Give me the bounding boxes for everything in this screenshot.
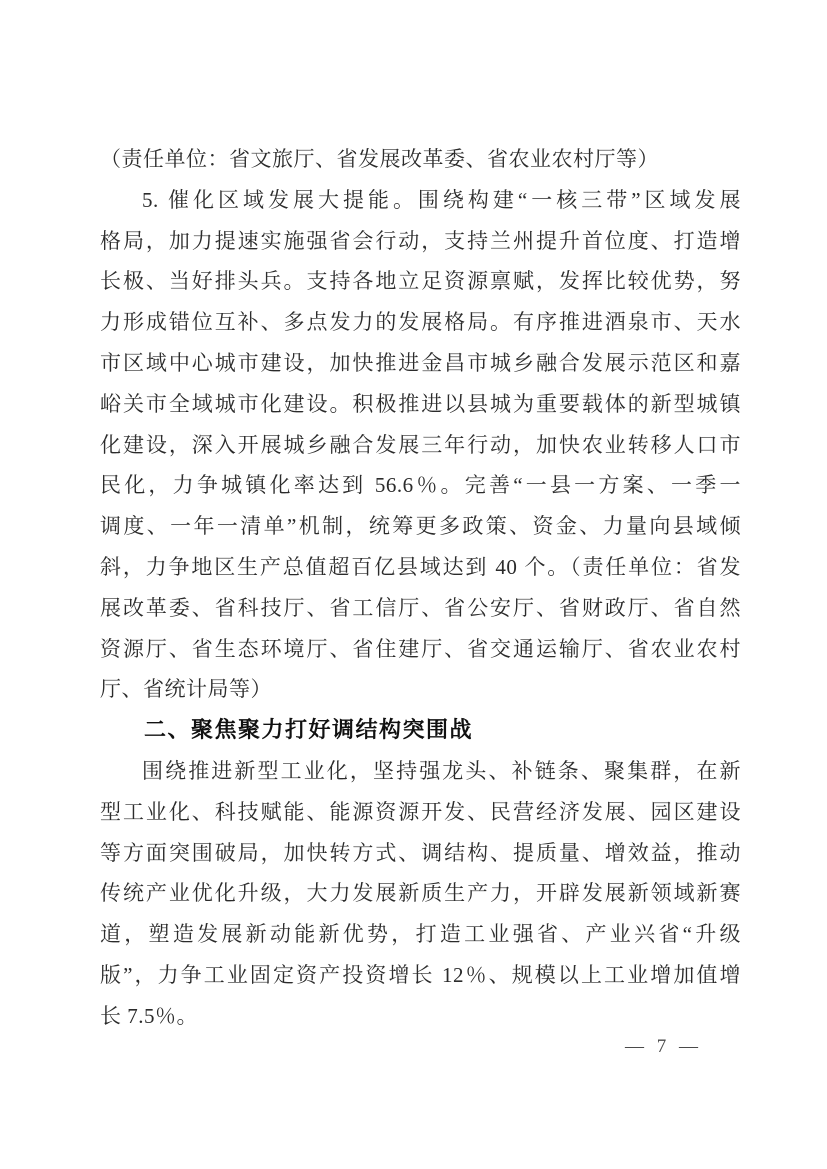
text-line: 格局，加力提速实施强省会行动，支持兰州提升首位度、打造增 (100, 221, 741, 262)
text-line: 斜，力争地区生产总值超百亿县域达到 40 个。（责任单位：省发 (100, 547, 741, 588)
text-line: 化建设，深入开展城乡融合发展三年行动，加快农业转移人口市 (100, 425, 741, 466)
text-line: （责任单位：省文旅厅、省发展改革委、省农业农村厅等） (100, 139, 741, 180)
text-line: 长极、当好排头兵。支持各地立足资源禀赋，发挥比较优势，努 (100, 261, 741, 302)
document-page: （责任单位：省文旅厅、省发展改革委、省农业农村厅等）5. 催化区域发展大提能。围… (0, 0, 827, 1169)
page-number: — 7 — (625, 1036, 702, 1057)
text-line: 型工业化、科技赋能、能源资源开发、民营经济发展、园区建设 (100, 792, 741, 833)
text-line: 展改革委、省科技厅、省工信厅、省公安厅、省财政厅、省自然 (100, 588, 741, 629)
text-line: 市区域中心城市建设，加快推进金昌市城乡融合发展示范区和嘉 (100, 343, 741, 384)
page-footer: — 7 — (625, 1036, 702, 1058)
text-line: 围绕推进新型工业化，坚持强龙头、补链条、聚集群，在新 (100, 751, 741, 792)
section-heading: 二、聚焦聚力打好调结构突围战 (100, 710, 741, 751)
text-line: 道，塑造发展新动能新优势，打造工业强省、产业兴省“升级 (100, 914, 741, 955)
text-line: 版”，力争工业固定资产投资增长 12％、规模以上工业增加值增 (100, 955, 741, 996)
text-line: 峪关市全域城市化建设。积极推进以县城为重要载体的新型城镇 (100, 384, 741, 425)
text-line: 厅、省统计局等） (100, 669, 741, 710)
text-line: 等方面突围破局，加快转方式、调结构、提质量、增效益，推动 (100, 833, 741, 874)
text-line: 5. 催化区域发展大提能。围绕构建“一核三带”区域发展 (100, 180, 741, 221)
text-line: 传统产业优化升级，大力发展新质生产力，开辟发展新领域新赛 (100, 873, 741, 914)
text-line: 长 7.5％。 (100, 996, 741, 1037)
text-line: 力形成错位互补、多点发力的发展格局。有序推进酒泉市、天水 (100, 302, 741, 343)
text-line: 民化，力争城镇化率达到 56.6％。完善“一县一方案、一季一 (100, 465, 741, 506)
document-body: （责任单位：省文旅厅、省发展改革委、省农业农村厅等）5. 催化区域发展大提能。围… (100, 139, 741, 1037)
text-line: 调度、一年一清单”机制，统筹更多政策、资金、力量向县域倾 (100, 506, 741, 547)
text-line: 资源厅、省生态环境厅、省住建厅、省交通运输厅、省农业农村 (100, 629, 741, 670)
